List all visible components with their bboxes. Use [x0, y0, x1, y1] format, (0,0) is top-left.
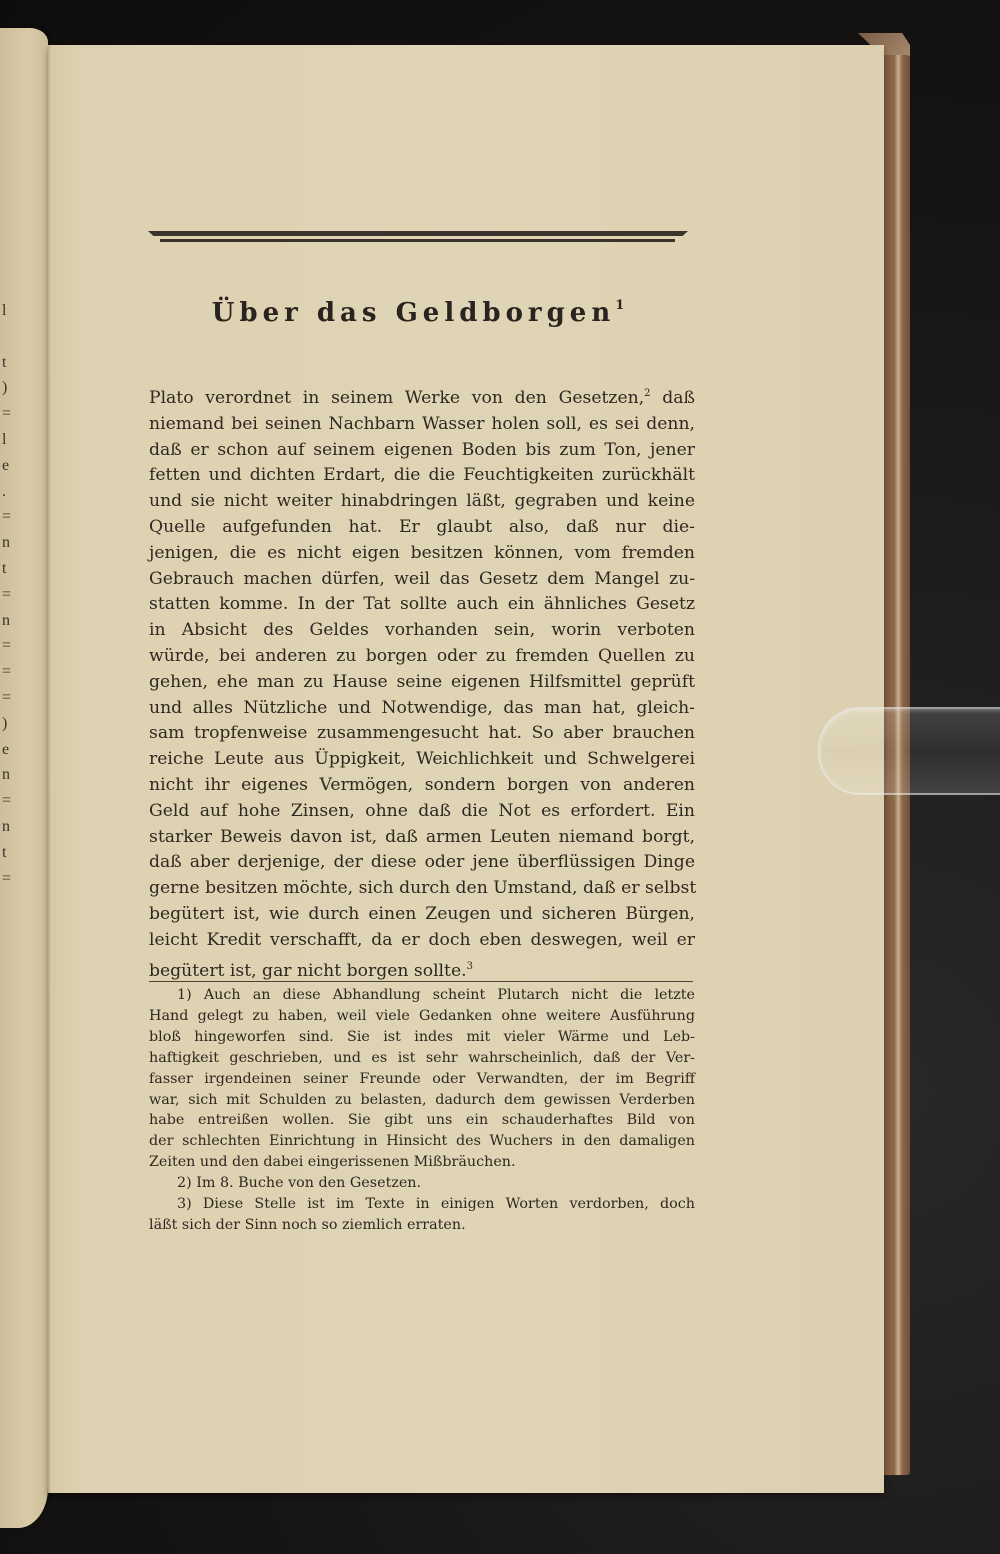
- body-line: Gebrauch machen dürfen, weil das Gesetz …: [149, 567, 695, 593]
- body-line: und sie nicht weiter hinabdringen läßt, …: [149, 489, 695, 515]
- gutter-shadow: [48, 45, 50, 1493]
- body-line: leicht Kredit verschafft, da er doch ebe…: [149, 928, 695, 954]
- body-line: daß aber derjenige, der diese oder jene …: [149, 850, 695, 876]
- body-line: nicht ihr eigenes Vermögen, sondern borg…: [149, 773, 695, 799]
- body-line: gehen, ehe man zu Hause seine eigenen Hi…: [149, 670, 695, 696]
- title-footnote-ref: 1: [615, 298, 624, 313]
- footnotes: 1) Auch an diese Abhandlung scheint Plut…: [149, 985, 695, 1236]
- left-page-edge: l t ) = l e . = n t = n = = = ) e n = n …: [0, 28, 48, 1528]
- body-line: würde, bei anderen zu borgen oder zu fre…: [149, 644, 695, 670]
- body-line: und alles Nützliche und Notwendige, das …: [149, 696, 695, 722]
- body-line: niemand bei seinen Nachbarn Wasser holen…: [149, 412, 695, 438]
- footnote-ref-3: 3: [467, 961, 473, 972]
- body-line: statten komme. In der Tat sollte auch ei…: [149, 592, 695, 618]
- footnote-ref-2: 2: [644, 388, 650, 399]
- header-rule-thin: [160, 239, 675, 242]
- chapter-title-text: Über das Geldborgen: [212, 298, 616, 328]
- left-page-margin-glyphs: l t ) = l e . = n t = n = = = ) e n = n …: [2, 298, 22, 891]
- footnote-1-line: war, sich mit Schulden zu belasten, dadu…: [149, 1090, 695, 1111]
- footnote-1-line: haftigkeit geschrieben, und es ist sehr …: [149, 1048, 695, 1069]
- body-line: Geld auf hohe Zinsen, ohne daß die Not e…: [149, 799, 695, 825]
- body-line-tail: daß: [662, 388, 695, 408]
- body-line-last: begütert ist, gar nicht borgen sollte.3: [149, 954, 695, 985]
- footnote-1-line: habe entreißen wollen. Sie gibt uns ein …: [149, 1110, 695, 1131]
- footnote-2: 2) Im 8. Buche von den Gesetzen.: [149, 1173, 695, 1194]
- body-line: begütert ist, wie durch einen Zeugen und…: [149, 902, 695, 928]
- footnote-1-line: der schlechten Einrichtung in Hinsicht d…: [149, 1131, 695, 1152]
- body-line: reiche Leute aus Üppigkeit, Weichlichkei…: [149, 747, 695, 773]
- footnote-1-line: Zeiten und den dabei eingerissenen Mißbr…: [149, 1152, 695, 1173]
- body-line-text: begütert ist, gar nicht borgen sollte.: [149, 961, 467, 981]
- body-line-text: Plato verordnet in seinem Werke von den …: [149, 388, 644, 408]
- body-line: Plato verordnet in seinem Werke von den …: [149, 381, 695, 412]
- chapter-title: Über das Geldborgen1: [150, 298, 686, 328]
- footnote-3-line: 3) Diese Stelle ist im Texte in einigen …: [149, 1194, 695, 1215]
- body-line: Quelle aufgefunden hat. Er glaubt also, …: [149, 515, 695, 541]
- transparent-page-clip: [818, 707, 1000, 795]
- header-rule-thick: [148, 231, 688, 236]
- body-line: starker Beweis davon ist, daß armen Leut…: [149, 825, 695, 851]
- body-text: Plato verordnet in seinem Werke von den …: [149, 381, 695, 984]
- body-line: sam tropfenweise zusammengesucht hat. So…: [149, 721, 695, 747]
- footnote-separator: [149, 981, 693, 982]
- footnote-1-line: 1) Auch an diese Abhandlung scheint Plut…: [149, 985, 695, 1006]
- body-line: jenigen, die es nicht eigen besitzen kön…: [149, 541, 695, 567]
- footnote-1-line: bloß hingeworfen sind. Sie ist indes mit…: [149, 1027, 695, 1048]
- footnote-1-line: Hand gelegt zu haben, weil viele Gedanke…: [149, 1006, 695, 1027]
- body-line: in Absicht des Geldes vorhanden sein, wo…: [149, 618, 695, 644]
- footnote-3-line: läßt sich der Sinn noch so ziemlich erra…: [149, 1215, 695, 1236]
- footnote-1-line: fasser irgendeinen seiner Freunde oder V…: [149, 1069, 695, 1090]
- body-line: fetten und dichten Erdart, die die Feuch…: [149, 463, 695, 489]
- body-line: daß er schon auf seinem eigenen Boden bi…: [149, 438, 695, 464]
- body-line: gerne besitzen möchte, sich durch den Um…: [149, 876, 695, 902]
